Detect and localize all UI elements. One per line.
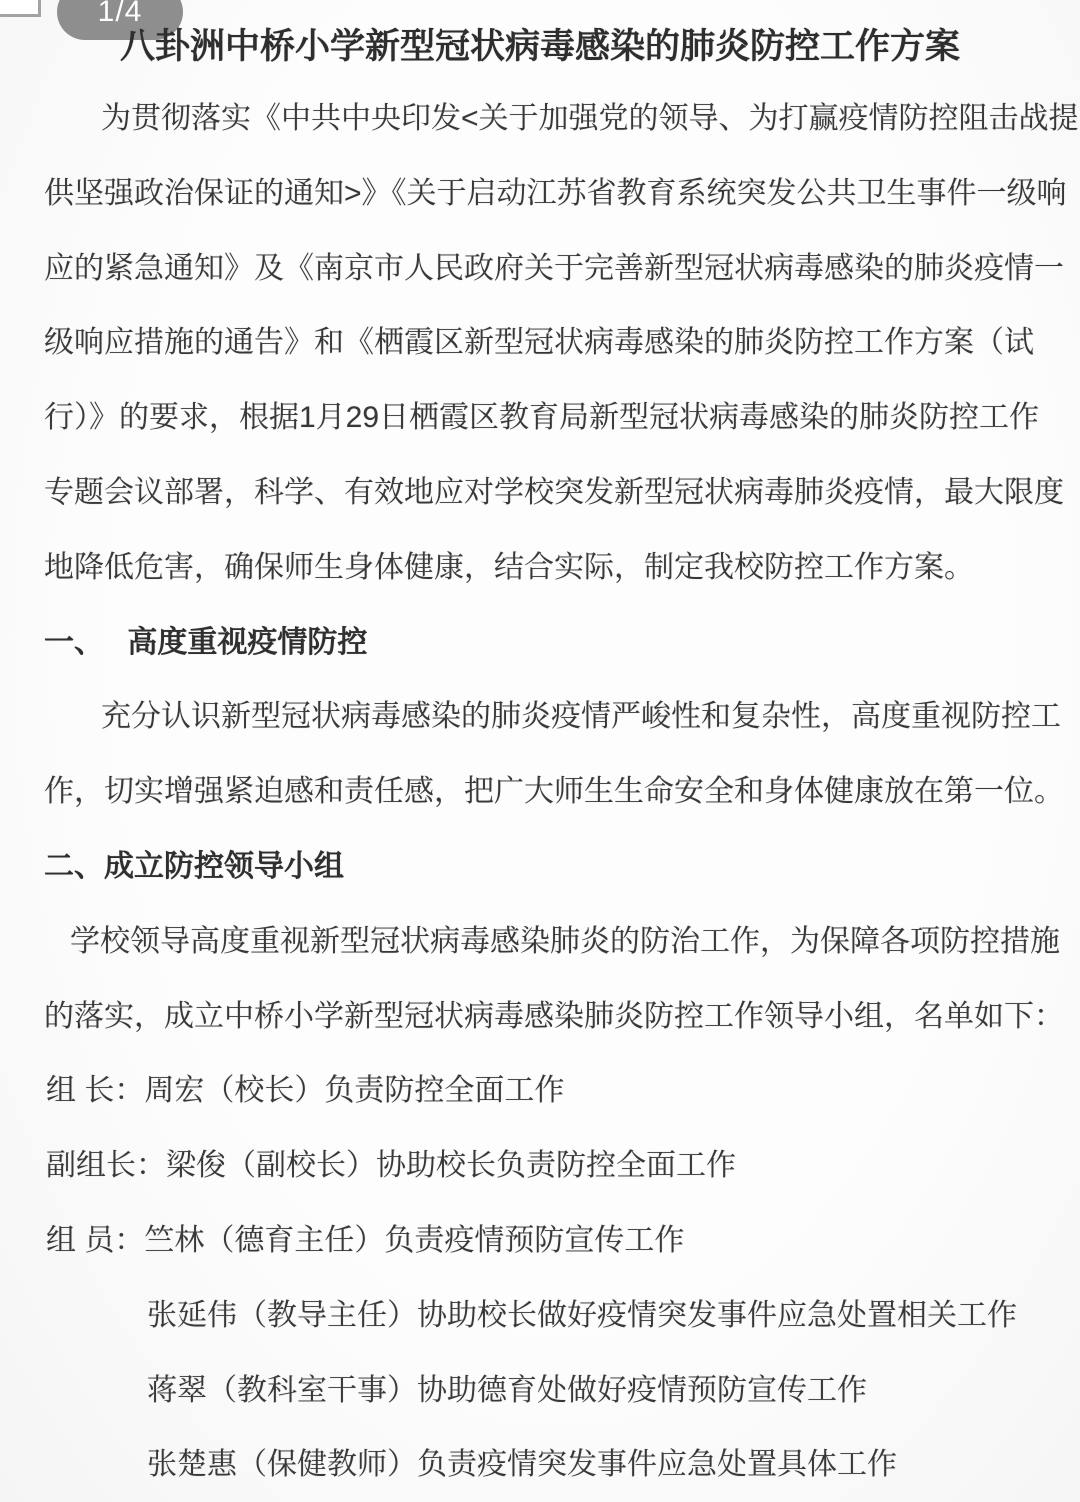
document-line: 为贯彻落实《中共中央印发<关于加强党的领导、为打赢疫情防控阻击战提 — [44, 82, 1036, 157]
document-line: 行）》的要求，根据1月29日栖霞区教育局新型冠状病毒感染的肺炎防控工作 — [44, 381, 1036, 456]
document-title: 八卦洲中桥小学新型冠状病毒感染的肺炎防控工作方案 — [44, 0, 1036, 68]
document-line: 张楚惠（保健教师）负责疫情突发事件应急处置具体工作 — [44, 1428, 1036, 1502]
document-line: 级响应措施的通告》和《栖霞区新型冠状病毒感染的肺炎防控工作方案（试 — [44, 306, 1036, 381]
document-line: 组 员：竺林（德育主任）负责疫情预防宣传工作 — [44, 1204, 1036, 1279]
image-viewer: 1/4 八卦洲中桥小学新型冠状病毒感染的肺炎防控工作方案 为贯彻落实《中共中央印… — [0, 0, 1080, 1502]
document-line: 应的紧急通知》及《南京市人民政府关于完善新型冠状病毒感染的肺炎疫情一 — [44, 232, 1036, 307]
document-line: 学校领导高度重视新型冠状病毒感染肺炎的防治工作，为保障各项防控措施 — [44, 905, 1036, 980]
document-line: 充分认识新型冠状病毒感染的肺炎疫情严峻性和复杂性，高度重视防控工 — [44, 680, 1036, 755]
document-line: 作，切实增强紧迫感和责任感，把广大师生生命安全和身体健康放在第一位。 — [44, 755, 1036, 830]
section-heading: 二、成立防控领导小组 — [44, 830, 1036, 905]
document-body: 为贯彻落实《中共中央印发<关于加强党的领导、为打赢疫情防控阻击战提供坚强政治保证… — [44, 82, 1036, 1502]
document-line: 专题会议部署，科学、有效地应对学校突发新型冠状病毒肺炎疫情，最大限度 — [44, 456, 1036, 531]
document-line: 蒋翠（教科室干事）协助德育处做好疫情预防宣传工作 — [44, 1354, 1036, 1429]
document-line: 张延伟（教导主任）协助校长做好疫情突发事件应急处置相关工作 — [44, 1279, 1036, 1354]
section-heading: 一、 高度重视疫情防控 — [44, 606, 1036, 681]
document-line: 地降低危害，确保师生身体健康，结合实际，制定我校防控工作方案。 — [44, 531, 1036, 606]
document-line: 供坚强政治保证的通知>》《关于启动江苏省教育系统突发公共卫生事件一级响 — [44, 157, 1036, 232]
document-line: 组 长：周宏（校长）负责防控全面工作 — [44, 1054, 1036, 1129]
document-line: 的落实，成立中桥小学新型冠状病毒感染肺炎防控工作领导小组，名单如下： — [44, 980, 1036, 1055]
document-line: 副组长：梁俊（副校长）协助校长负责防控全面工作 — [44, 1129, 1036, 1204]
document-page: 八卦洲中桥小学新型冠状病毒感染的肺炎防控工作方案 为贯彻落实《中共中央印发<关于… — [0, 0, 1080, 1502]
